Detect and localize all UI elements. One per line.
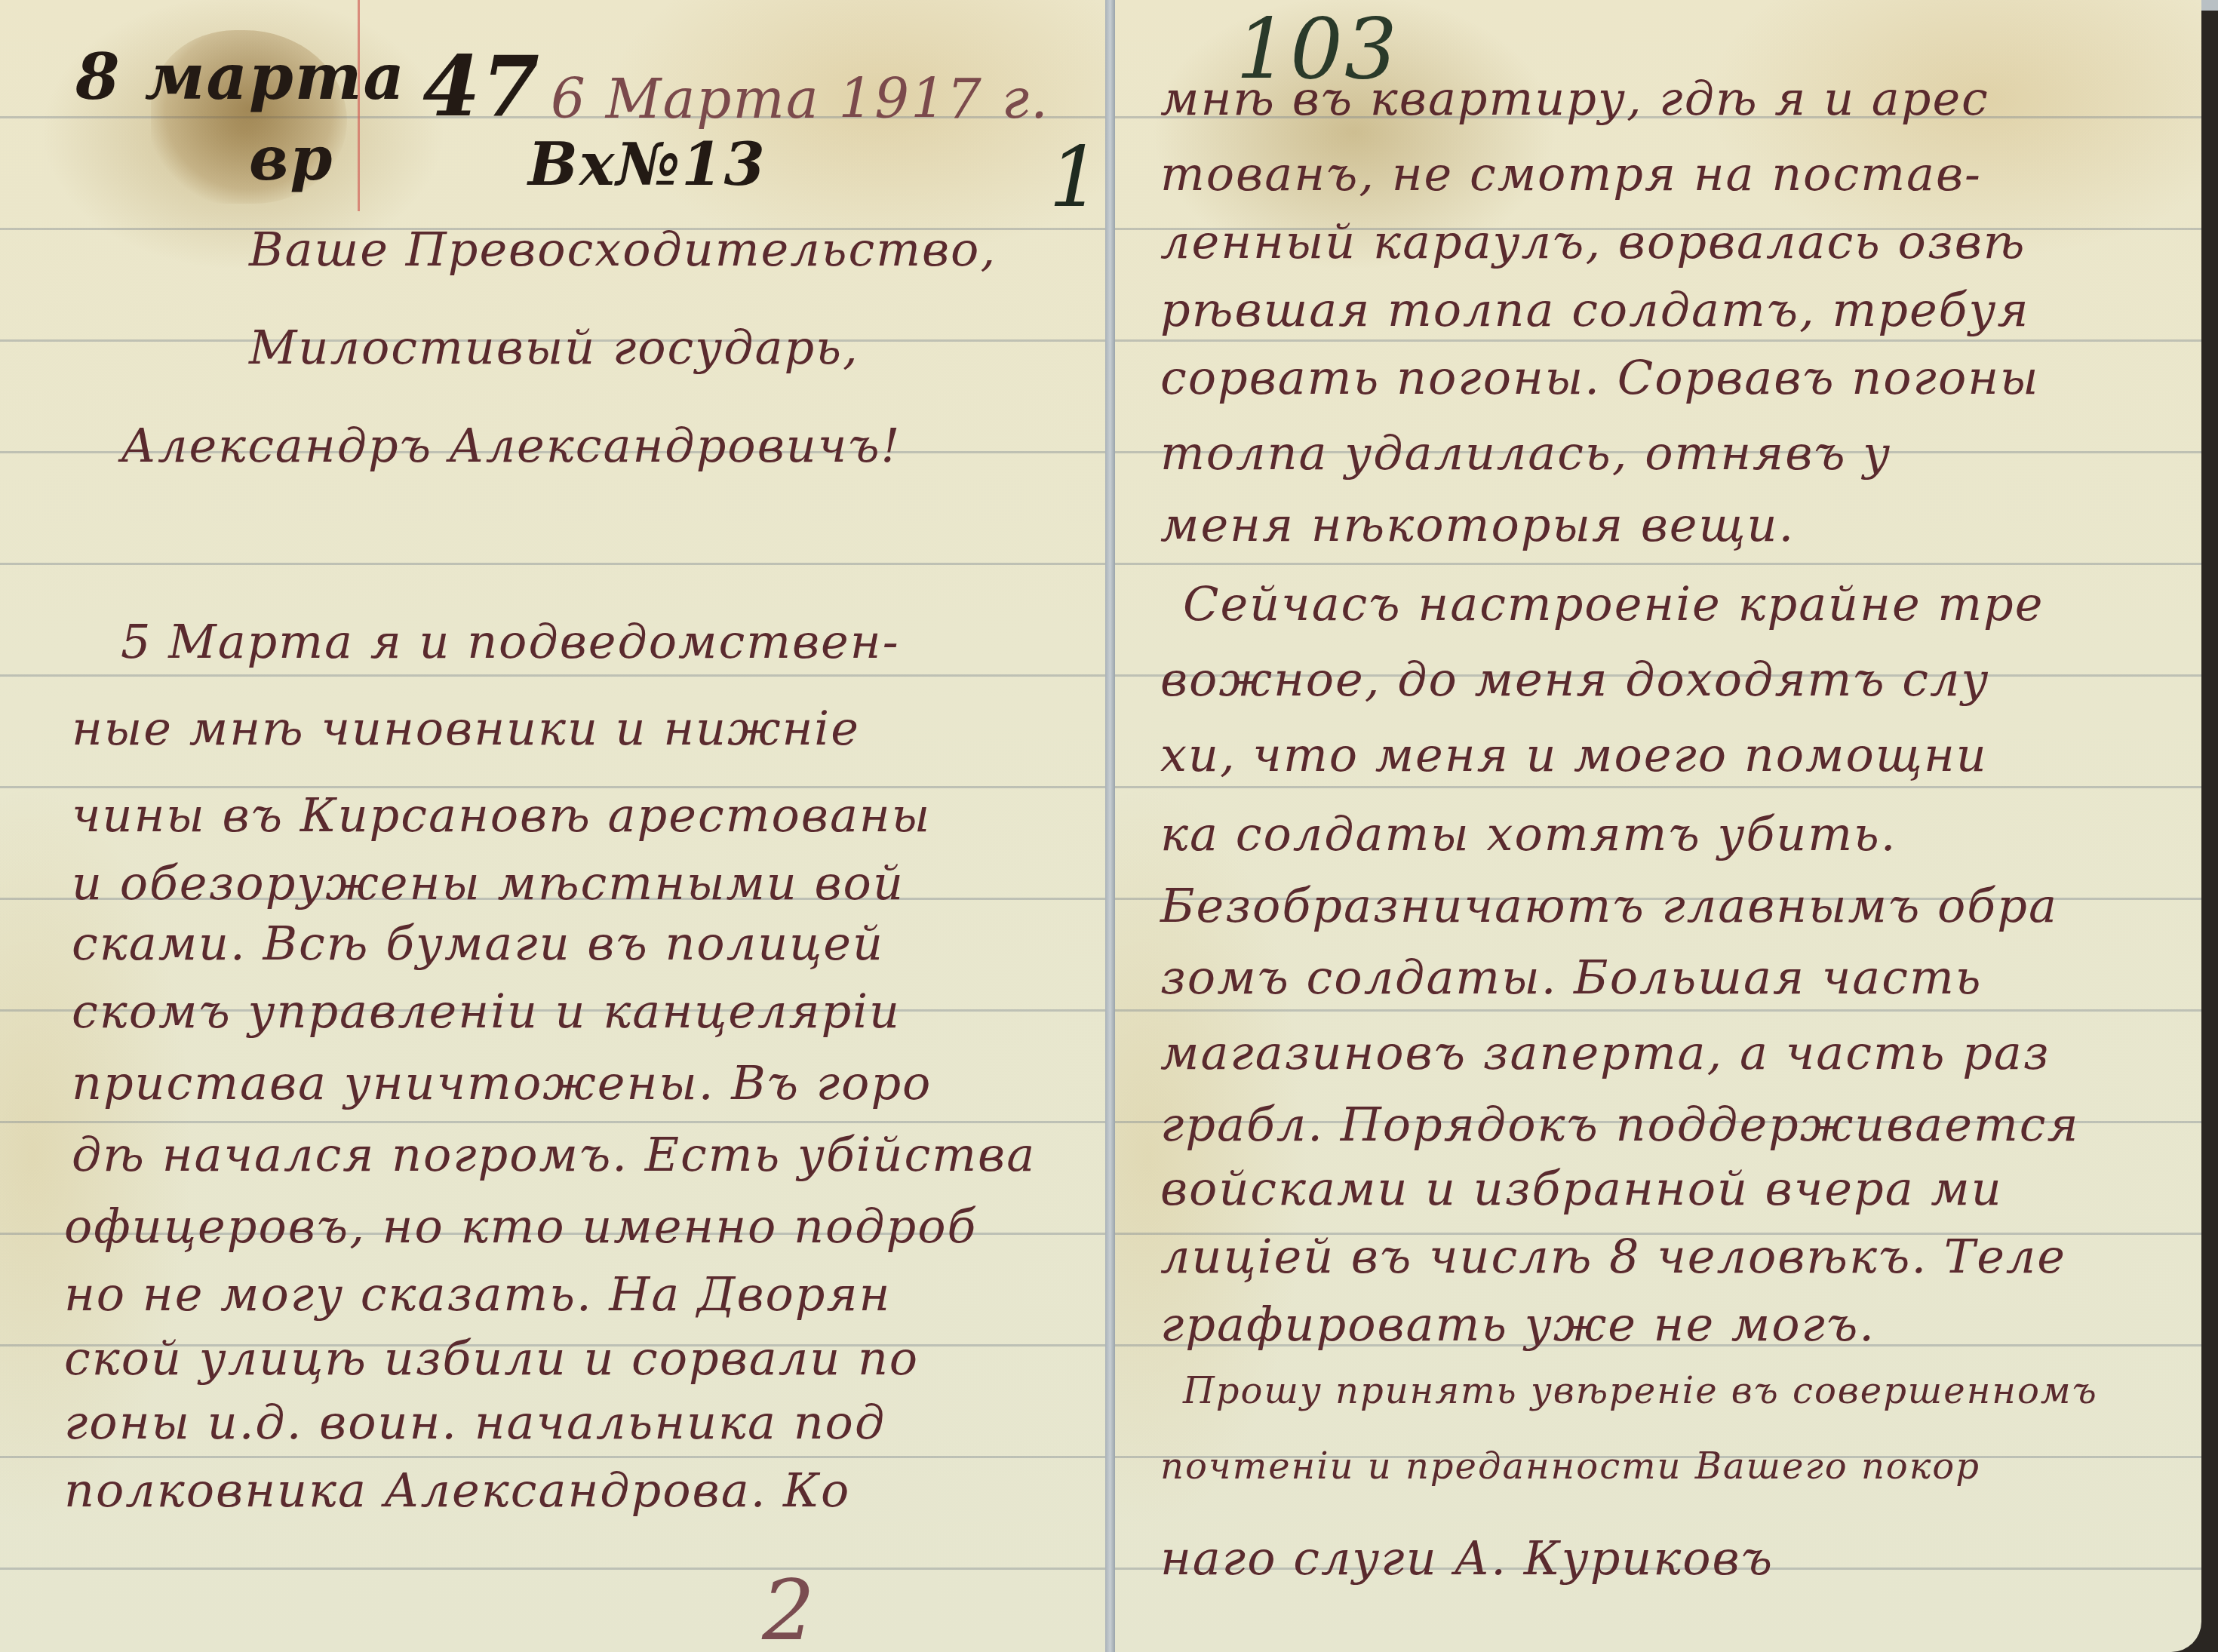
page-footer-mark: 2	[762, 1569, 816, 1652]
body-line: войсками и избранной вчера ми	[1160, 1165, 2003, 1212]
body-line: рѣвшая толпа солдатъ, требуя	[1160, 287, 2029, 333]
registry-date: 8 марта	[75, 45, 406, 109]
body-line: ской улицѣ избили и сорвали по	[64, 1335, 919, 1382]
sheet-marker: 1	[1049, 136, 1103, 219]
body-line: чины въ Кирсановѣ арестованы	[72, 792, 931, 839]
document-spread: 8 марта вр 47 6 Марта 1917 г. Вх№13 1 Ва…	[0, 0, 2218, 1652]
body-line: полковника Александрова. Ко	[64, 1467, 850, 1514]
salutation-line: Ваше Превосходительство,	[249, 226, 997, 273]
body-line: сорвать погоны. Сорвавъ погоны	[1160, 355, 2040, 401]
right-page: 103 мнѣ въ квартиру, гдѣ я и арес тованъ…	[1115, 0, 2201, 1652]
registry-number: 47	[422, 45, 541, 128]
body-line: Сейчасъ настроеніе крайне тре	[1183, 581, 2044, 628]
body-line: ленный караулъ, ворвалась озвѣ	[1160, 219, 2026, 266]
body-line: ные мнѣ чиновники и нижніе	[72, 705, 860, 752]
body-line: зомъ солдаты. Большая часть	[1160, 954, 1982, 1001]
body-line: магазиновъ заперта, а часть раз	[1160, 1030, 2051, 1076]
closing-signature-line: наго слуги А. Куриковъ	[1160, 1535, 1774, 1582]
body-line: гоны и.д. воин. начальника под	[64, 1399, 886, 1446]
body-line: офицеровъ, но кто именно подроб	[64, 1203, 977, 1250]
body-line: толпа удалилась, отнявъ у	[1160, 430, 1891, 477]
body-line: хи, что меня и моего помощни	[1160, 732, 1988, 778]
body-line: и обезоружены мѣстными вой	[72, 860, 905, 907]
registry-mark: вр	[249, 128, 333, 189]
body-line: ка солдаты хотятъ убить.	[1160, 811, 1897, 858]
letter-date: 6 Марта 1917 г.	[551, 72, 1049, 126]
body-line: но не могу сказать. На Дворян	[64, 1271, 891, 1318]
body-line: Безобразничаютъ главнымъ обра	[1160, 883, 2058, 929]
left-page: 8 марта вр 47 6 Марта 1917 г. Вх№13 1 Ва…	[0, 0, 1105, 1652]
body-line: меня нѣкоторыя вещи.	[1160, 502, 1795, 548]
salutation-line: Милостивый государь,	[249, 324, 859, 371]
page-gutter	[1105, 0, 1115, 1652]
body-line: скомъ управленіи и канцеляріи	[72, 988, 901, 1035]
body-line: сками. Всѣ бумаги въ полицей	[72, 920, 884, 967]
body-line: дѣ начался погромъ. Есть убійства	[72, 1132, 1036, 1178]
body-line: графировать уже не могъ.	[1160, 1301, 1875, 1348]
closing-line: Прошу принять увѣреніе въ совершенномъ	[1183, 1373, 2098, 1409]
archive-number: Вх№13	[528, 136, 766, 195]
body-line: тованъ, не смотря на постав-	[1160, 151, 1982, 198]
body-line: лиціей въ числѣ 8 человѣкъ. Теле	[1160, 1233, 2066, 1280]
closing-line: почтеніи и преданности Вашего покор	[1160, 1448, 1980, 1485]
body-line: грабл. Порядокъ поддерживается	[1160, 1101, 2079, 1148]
body-line: пристава уничтожены. Въ горо	[72, 1060, 932, 1107]
body-line: мнѣ въ квартиру, гдѣ я и арес	[1160, 75, 1989, 122]
body-line: 5 Марта я и подведомствен-	[121, 619, 900, 665]
salutation-line: Александръ Александровичъ!	[121, 422, 902, 469]
body-line: вожное, до меня доходятъ слу	[1160, 656, 1989, 703]
